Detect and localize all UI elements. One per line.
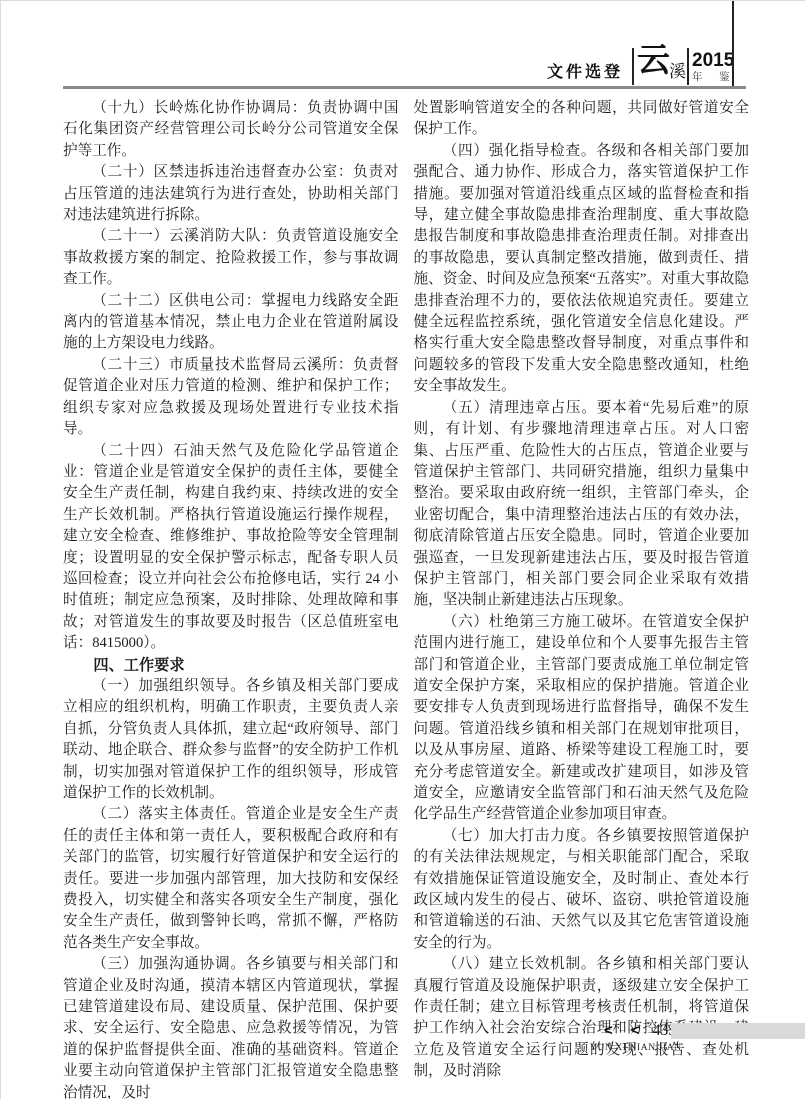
footer-gray-bar [671,1023,805,1039]
paragraph-item-23: （二十三）市质量技术监督局云溪所：负责督促管道企业对压力管道的检测、维护和保护工… [63,355,399,441]
paragraph-item-24: （二十四）石油天然气及危险化学品管道企业：管道企业是管道安全保护的责任主体，要健… [63,441,399,655]
paragraph-req-7: （七）加大打击力度。各乡镇要按照管道保护的有关法律法规规定，与相关职能部门配合，… [414,826,750,954]
logo-char-small: 溪 [669,63,686,80]
paragraph-req-3: （三）加强沟通协调。各乡镇要与相关部门和管道企业及时沟通，摸清本辖区内管道现状，… [63,954,399,1099]
header-horizontal-rule [63,86,746,89]
paragraph-req-3-continued: 处置影响管道安全的各种问题，共同做好管道安全保护工作。 [414,98,750,141]
paragraph-item-21: （二十一）云溪消防大队：负责管道设施安全事故救援方案的制定、抢险救援工作，参与事… [63,226,399,290]
page-number-block: < <433 [604,1022,676,1040]
paragraph-req-1: （一）加强组织领导。各乡镇及相关部门要成立相应的组织机构，明确工作职责，主要负责… [63,676,399,804]
paragraph-item-20: （二十）区禁违拆违治违督查办公室：负责对占压管道的违法建筑行为进行查处，协助相关… [63,162,399,226]
paragraph-req-6: （六）杜绝第三方施工破坏。在管道安全保护范围内进行施工，建设单位和个人要事先报告… [414,612,750,826]
yearbook-romanized-caption: YUN XI NIAN JIAN [590,1043,682,1053]
right-column: 处置影响管道安全的各种问题，共同做好管道安全保护工作。 （四）强化指导检查。各级… [414,98,750,1099]
yearbook-year: 2015 [692,51,734,70]
paragraph-req-2: （二）落实主体责任。管道企业是安全生产责任的责任主体和第一责任人，要积极配合政府… [63,804,399,954]
text-columns: （十九）长岭炼化协作协调局：负责协调中国石化集团资产经营管理公司长岭分公司管道安… [63,98,749,1099]
paragraph-req-8: （八）建立长效机制。各乡镇和相关部门要认真履行管道及设施保护职责，逐级建立安全保… [414,954,750,1082]
header-divider-2 [687,48,689,85]
section-heading-work-requirements: 四、工作要求 [63,655,399,676]
logo-char-large: 云 [637,45,670,78]
left-column: （十九）长岭炼化协作协调局：负责协调中国石化集团资产经营管理公司长岭分公司管道安… [63,98,399,1099]
paragraph-item-19: （十九）长岭炼化协作协调局：负责协调中国石化集团资产经营管理公司长岭分公司管道安… [63,98,399,162]
header-divider-1 [632,48,634,85]
paragraph-item-22: （二十二）区供电公司：掌握电力线路安全距离内的管道基本情况，禁止电力企业在管道附… [63,291,399,355]
paragraph-req-4: （四）强化指导检查。各级和各相关部门要加强配合、通力协作、形成合力，落实管道保护… [414,141,750,398]
paragraph-req-5: （五）清理违章占压。要本着“先易后难”的原则，有计划、有步骤地清理违章占压。对人… [414,398,750,612]
section-title: 文件选登 [547,59,623,82]
chevron-left-icons: < < [604,1022,647,1039]
yearbook-page: 文件选登 云 溪 2015 年 鉴 （十九）长岭炼化协作协调局：负责协调中国石化… [0,0,805,1099]
yearbook-label: 年 鉴 [692,73,737,84]
header-edge-rule [732,1,734,86]
